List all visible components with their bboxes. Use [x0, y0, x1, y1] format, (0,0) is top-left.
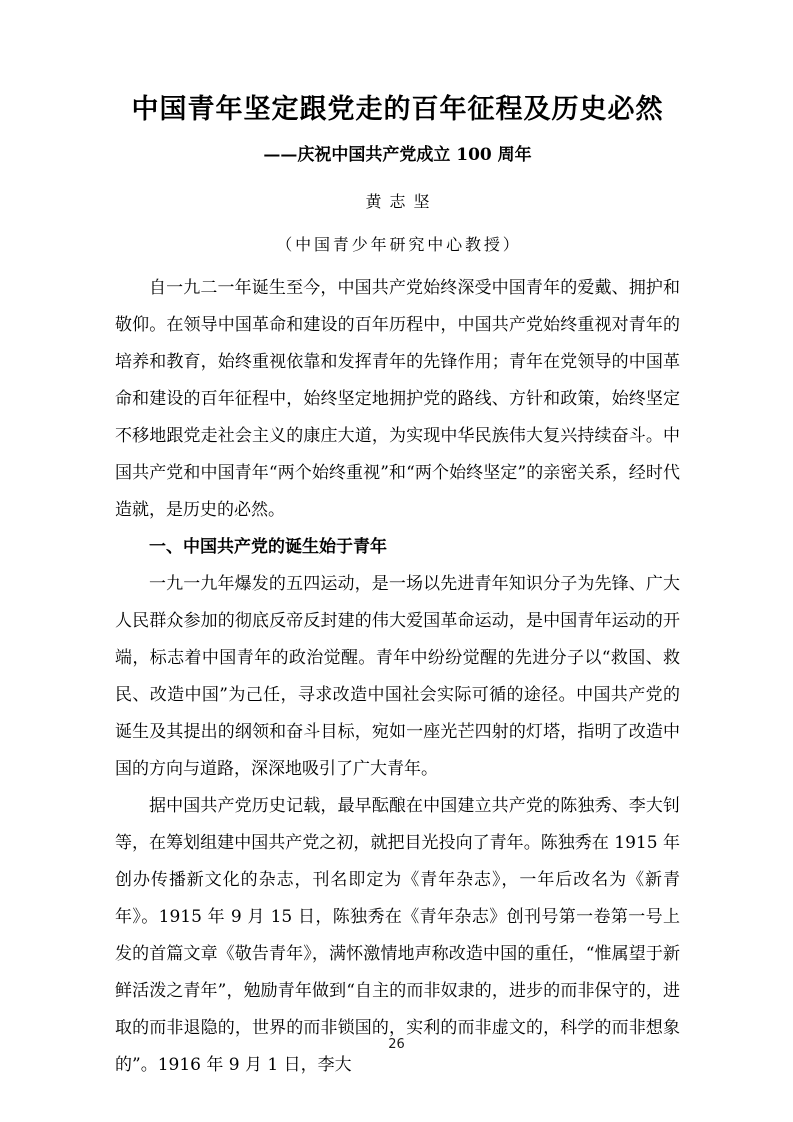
section-heading-1: 一、中国共产党的诞生始于青年 — [115, 529, 680, 566]
page-number: 26 — [0, 1037, 793, 1052]
author-name: 黄志坚 — [115, 190, 680, 214]
paragraph-intro: 自一九二一年诞生至今，中国共产党始终深受中国青年的爱戴、拥护和敬仰。在领导中国革… — [115, 270, 680, 529]
document-page: 中国青年坚定跟党走的百年征程及历史必然 ——庆祝中国共产党成立 100 周年 黄… — [0, 0, 793, 1122]
paragraph-2: 一九一九年爆发的五四运动，是一场以先进青年知识分子为先锋、广大人民群众参加的彻底… — [115, 566, 680, 788]
document-subtitle: ——庆祝中国共产党成立 100 周年 — [115, 142, 680, 168]
author-affiliation: （中国青少年研究中心教授） — [115, 233, 680, 257]
document-title: 中国青年坚定跟党走的百年征程及历史必然 — [115, 90, 680, 130]
